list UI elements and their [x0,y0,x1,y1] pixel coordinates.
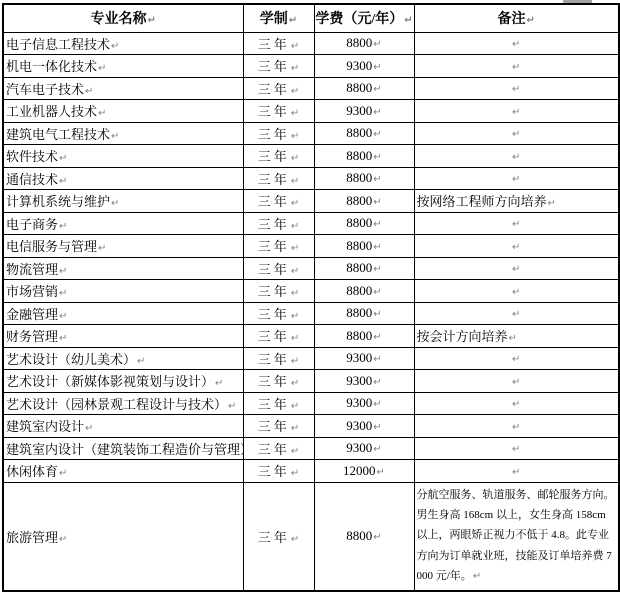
major-cell: 电信服务与管理↵ [3,235,243,258]
fee-cell: 9300↵ [314,347,414,370]
fee-value: 9300 [346,440,372,455]
table-row: 艺术设计（幼儿美术）↵三年↵9300↵↵ [3,347,619,370]
paragraph-mark-icon: ↵ [291,131,299,142]
note-cell: ↵ [414,55,619,78]
major-name: 财务管理 [6,329,58,344]
fee-cell: 9300↵ [314,370,414,393]
table-row: 电信服务与管理↵三年↵8800↵↵ [3,235,619,258]
paragraph-mark-icon: ↵ [228,401,236,412]
note-cell: ↵ [414,347,619,370]
table-row: 电子商务↵三年↵8800↵↵ [3,212,619,235]
major-name: 软件技术 [6,149,58,164]
paragraph-mark-icon: ↵ [512,377,520,388]
fee-value: 8800 [346,215,372,230]
duration-value: 三年 [258,464,290,479]
header-fee: 学费（元/年）↵ [314,4,414,32]
paragraph-mark-icon: ↵ [512,399,520,410]
paragraph-mark-icon: ↵ [377,467,385,478]
header-duration: 学制↵ [243,4,314,32]
major-cell: 软件技术↵ [3,145,243,168]
paragraph-mark-icon: ↵ [215,378,223,389]
paragraph-mark-icon: ↵ [291,468,299,479]
paragraph-mark-icon: ↵ [59,534,67,545]
fee-value: 8800 [346,328,372,343]
duration-cell: 三年↵ [243,437,314,460]
fee-cell: 8800↵ [314,280,414,303]
note-cell: ↵ [414,415,619,438]
fee-cell: 9300↵ [314,415,414,438]
table-row: 计算机系统与维护↵三年↵8800↵按网络工程师方向培养↵ [3,190,619,213]
paragraph-mark-icon: ↵ [111,131,119,142]
fee-value: 8800 [346,35,372,50]
duration-cell: 三年↵ [243,302,314,325]
major-name: 金融管理 [6,307,58,322]
major-cell: 建筑室内设计↵ [3,415,243,438]
paragraph-mark-icon: ↵ [512,354,520,365]
fee-value: 8800 [346,528,372,543]
paragraph-mark-icon: ↵ [111,198,119,209]
duration-value: 三年 [258,352,290,367]
major-cell: 市场营销↵ [3,280,243,303]
table-body: 电子信息工程技术↵三年↵8800↵↵机电一体化技术↵三年↵9300↵↵汽车电子技… [3,32,619,591]
fee-cell: 9300↵ [314,100,414,123]
fee-cell: 9300↵ [314,392,414,415]
paragraph-mark-icon: ↵ [512,174,520,185]
paragraph-mark-icon: ↵ [373,399,381,410]
header-duration-label: 学制 [260,12,288,27]
fee-cell: 8800↵ [314,325,414,348]
paragraph-mark-icon: ↵ [512,309,520,320]
major-name: 通信技术 [6,172,58,187]
paragraph-mark-icon: ↵ [291,243,299,254]
fee-value: 8800 [346,80,372,95]
major-name: 工业机器人技术 [6,104,97,119]
duration-value: 三年 [258,37,290,52]
table-row: 通信技术↵三年↵8800↵↵ [3,167,619,190]
major-name: 艺术设计（幼儿美术） [6,352,136,367]
duration-cell: 三年↵ [243,415,314,438]
paragraph-mark-icon: ↵ [512,219,520,230]
paragraph-mark-icon: ↵ [512,287,520,298]
fee-cell: 8800↵ [314,167,414,190]
fee-value: 8800 [346,238,372,253]
fee-value: 8800 [346,148,372,163]
note-cell: ↵ [414,437,619,460]
paragraph-mark-icon: ↵ [373,62,381,73]
duration-value: 三年 [258,82,290,97]
paragraph-mark-icon: ↵ [291,266,299,277]
major-name: 计算机系统与维护 [6,194,110,209]
note-cell: 按网络工程师方向培养↵ [414,190,619,213]
note-cell: ↵ [414,460,619,483]
note-cell: ↵ [414,302,619,325]
paragraph-mark-icon: ↵ [289,15,297,26]
paragraph-mark-icon: ↵ [291,423,299,434]
paragraph-mark-icon: ↵ [512,129,520,140]
duration-cell: 三年↵ [243,77,314,100]
fee-value: 8800 [346,170,372,185]
major-name: 艺术设计（园林景观工程设计与技术） [6,397,227,412]
table-row: 汽车电子技术↵三年↵8800↵↵ [3,77,619,100]
paragraph-mark-icon: ↵ [98,63,106,74]
fee-cell: 9300↵ [314,55,414,78]
note-cell: ↵ [414,122,619,145]
paragraph-mark-icon: ↵ [373,444,381,455]
duration-cell: 三年↵ [243,370,314,393]
paragraph-mark-icon: ↵ [291,108,299,119]
paragraph-mark-icon: ↵ [512,152,520,163]
major-cell: 电子信息工程技术↵ [3,32,243,55]
paragraph-mark-icon: ↵ [59,311,67,322]
paragraph-mark-icon: ↵ [98,108,106,119]
paragraph-mark-icon: ↵ [512,39,520,50]
fee-value: 9300 [346,350,372,365]
note-text: 按网络工程师方向培养 [417,194,547,209]
paragraph-mark-icon: ↵ [548,198,556,209]
duration-cell: 三年↵ [243,100,314,123]
paragraph-mark-icon: ↵ [373,377,381,388]
duration-cell: 三年↵ [243,235,314,258]
header-note: 备注↵ [414,4,619,32]
major-cell: 旅游管理↵ [3,482,243,591]
note-cell: ↵ [414,167,619,190]
paragraph-mark-icon: ↵ [512,422,520,433]
fee-cell: 8800↵ [314,32,414,55]
major-cell: 金融管理↵ [3,302,243,325]
paragraph-mark-icon: ↵ [59,468,67,479]
fee-cell: 8800↵ [314,212,414,235]
duration-value: 三年 [258,59,290,74]
note-cell: ↵ [414,77,619,100]
major-name: 旅游管理 [6,530,58,545]
fee-cell: 8800↵ [314,302,414,325]
table-row: 市场营销↵三年↵8800↵↵ [3,280,619,303]
paragraph-mark-icon: ↵ [512,62,520,73]
duration-cell: 三年↵ [243,460,314,483]
paragraph-mark-icon: ↵ [291,198,299,209]
header-fee-label: 学费（元/年） [315,12,403,27]
duration-value: 三年 [258,397,290,412]
header-major-label: 专业名称 [91,12,147,27]
paragraph-mark-icon: ↵ [291,153,299,164]
major-name: 物流管理 [6,262,58,277]
duration-value: 三年 [258,307,290,322]
duration-cell: 三年↵ [243,482,314,591]
duration-value: 三年 [258,194,290,209]
fee-cell: 9300↵ [314,437,414,460]
duration-value: 三年 [258,239,290,254]
duration-cell: 三年↵ [243,32,314,55]
duration-cell: 三年↵ [243,167,314,190]
duration-value: 三年 [258,104,290,119]
paragraph-mark-icon: ↵ [291,356,299,367]
duration-cell: 三年↵ [243,122,314,145]
paragraph-mark-icon: ↵ [137,356,145,367]
fee-value: 8800 [346,193,372,208]
paragraph-mark-icon: ↵ [291,333,299,344]
note-cell: 分航空服务、轨道服务、邮轮服务方向。男生身高 168cm 以上，女生身高 158… [414,482,619,591]
paragraph-mark-icon: ↵ [59,221,67,232]
paragraph-mark-icon: ↵ [59,153,67,164]
paragraph-mark-icon: ↵ [291,63,299,74]
major-cell: 财务管理↵ [3,325,243,348]
paragraph-mark-icon: ↵ [373,287,381,298]
paragraph-mark-icon: ↵ [291,401,299,412]
major-name: 电信服务与管理 [6,239,97,254]
paragraph-mark-icon: ↵ [373,532,381,543]
major-cell: 计算机系统与维护↵ [3,190,243,213]
fee-value: 9300 [346,58,372,73]
fee-value: 9300 [346,418,372,433]
note-cell: ↵ [414,392,619,415]
paragraph-mark-icon: ↵ [373,84,381,95]
note-text: 按会计方向培养 [417,329,508,344]
duration-cell: 三年↵ [243,280,314,303]
header-note-label: 备注 [498,12,526,27]
note-cell: ↵ [414,212,619,235]
table-row: 旅游管理↵三年↵8800↵分航空服务、轨道服务、邮轮服务方向。男生身高 168c… [3,482,619,591]
paragraph-mark-icon: ↵ [291,378,299,389]
fee-value: 8800 [346,305,372,320]
paragraph-mark-icon: ↵ [59,266,67,277]
note-cell: ↵ [414,370,619,393]
note-cell: 按会计方向培养↵ [414,325,619,348]
duration-value: 三年 [258,419,290,434]
duration-cell: 三年↵ [243,325,314,348]
paragraph-mark-icon: ↵ [373,129,381,140]
paragraph-mark-icon: ↵ [373,219,381,230]
header-major: 专业名称↵ [3,4,243,32]
fee-value: 12000 [343,463,376,478]
table-row: 建筑室内设计↵三年↵9300↵↵ [3,415,619,438]
paragraph-mark-icon: ↵ [111,41,119,52]
major-cell: 艺术设计（幼儿美术）↵ [3,347,243,370]
major-cell: 艺术设计（新媒体影视策划与设计）↵ [3,370,243,393]
table-row: 艺术设计（新媒体影视策划与设计）↵三年↵9300↵↵ [3,370,619,393]
fee-cell: 8800↵ [314,482,414,591]
duration-value: 三年 [258,329,290,344]
duration-value: 三年 [258,284,290,299]
paragraph-mark-icon: ↵ [512,264,520,275]
paragraph-mark-icon: ↵ [373,422,381,433]
paragraph-mark-icon: ↵ [59,176,67,187]
major-cell: 建筑室内设计（建筑装饰工程造价与管理）↵ [3,437,243,460]
paragraph-mark-icon: ↵ [373,264,381,275]
paragraph-mark-icon: ↵ [512,242,520,253]
major-name: 建筑室内设计（建筑装饰工程造价与管理） [6,442,243,457]
major-cell: 建筑电气工程技术↵ [3,122,243,145]
fee-cell: 8800↵ [314,190,414,213]
fee-value: 9300 [346,103,372,118]
major-name: 市场营销 [6,284,58,299]
duration-value: 三年 [258,217,290,232]
note-cell: ↵ [414,235,619,258]
duration-cell: 三年↵ [243,190,314,213]
paragraph-mark-icon: ↵ [373,354,381,365]
paragraph-mark-icon: ↵ [98,243,106,254]
duration-value: 三年 [258,442,290,457]
duration-value: 三年 [258,149,290,164]
paragraph-mark-icon: ↵ [291,311,299,322]
table-row: 机电一体化技术↵三年↵9300↵↵ [3,55,619,78]
paragraph-mark-icon: ↵ [512,467,520,478]
paragraph-mark-icon: ↵ [404,15,412,26]
duration-value: 三年 [258,262,290,277]
paragraph-mark-icon: ↵ [373,39,381,50]
paragraph-mark-icon: ↵ [148,15,156,26]
major-name: 艺术设计（新媒体影视策划与设计） [6,374,214,389]
paragraph-mark-icon: ↵ [373,309,381,320]
duration-value: 三年 [258,530,290,545]
table-row: 工业机器人技术↵三年↵9300↵↵ [3,100,619,123]
table-row: 财务管理↵三年↵8800↵按会计方向培养↵ [3,325,619,348]
tuition-fee-table: 专业名称↵ 学制↵ 学费（元/年）↵ 备注↵ 电子信息工程技术↵三年↵8800↵… [2,3,620,592]
paragraph-mark-icon: ↵ [291,534,299,545]
duration-value: 三年 [258,127,290,142]
major-cell: 汽车电子技术↵ [3,77,243,100]
major-name: 汽车电子技术 [6,82,84,97]
duration-cell: 三年↵ [243,212,314,235]
table-row: 休闲体育↵三年↵12000↵↵ [3,460,619,483]
note-cell: ↵ [414,32,619,55]
paragraph-mark-icon: ↵ [509,333,517,344]
major-cell: 机电一体化技术↵ [3,55,243,78]
header-row: 专业名称↵ 学制↵ 学费（元/年）↵ 备注↵ [3,4,619,32]
major-cell: 艺术设计（园林景观工程设计与技术）↵ [3,392,243,415]
paragraph-mark-icon: ↵ [59,288,67,299]
major-cell: 工业机器人技术↵ [3,100,243,123]
table-row: 物流管理↵三年↵8800↵↵ [3,257,619,280]
note-cell: ↵ [414,257,619,280]
paragraph-mark-icon: ↵ [373,197,381,208]
paragraph-mark-icon: ↵ [527,15,535,26]
table-row: 建筑室内设计（建筑装饰工程造价与管理）↵三年↵9300↵↵ [3,437,619,460]
fee-cell: 8800↵ [314,235,414,258]
fee-cell: 12000↵ [314,460,414,483]
fee-value: 8800 [346,283,372,298]
paragraph-mark-icon: ↵ [291,176,299,187]
paragraph-mark-icon: ↵ [291,288,299,299]
duration-cell: 三年↵ [243,347,314,370]
table-row: 电子信息工程技术↵三年↵8800↵↵ [3,32,619,55]
duration-value: 三年 [258,172,290,187]
fee-cell: 8800↵ [314,257,414,280]
major-cell: 休闲体育↵ [3,460,243,483]
paragraph-mark-icon: ↵ [373,107,381,118]
note-text: 分航空服务、轨道服务、邮轮服务方向。男生身高 168cm 以上，女生身高 158… [417,489,615,583]
fee-value: 9300 [346,373,372,388]
paragraph-mark-icon: ↵ [512,84,520,95]
duration-value: 三年 [258,374,290,389]
paragraph-mark-icon: ↵ [59,333,67,344]
fee-value: 8800 [346,125,372,140]
major-name: 电子商务 [6,217,58,232]
paragraph-mark-icon: ↵ [85,86,93,97]
note-cell: ↵ [414,280,619,303]
major-name: 休闲体育 [6,464,58,479]
paragraph-mark-icon: ↵ [373,152,381,163]
major-name: 建筑电气工程技术 [6,127,110,142]
note-cell: ↵ [414,145,619,168]
major-cell: 物流管理↵ [3,257,243,280]
fee-cell: 8800↵ [314,145,414,168]
table-row: 艺术设计（园林景观工程设计与技术）↵三年↵9300↵↵ [3,392,619,415]
duration-cell: 三年↵ [243,392,314,415]
paragraph-mark-icon: ↵ [512,444,520,455]
paragraph-mark-icon: ↵ [473,571,481,582]
paragraph-mark-icon: ↵ [291,221,299,232]
duration-cell: 三年↵ [243,145,314,168]
fee-cell: 8800↵ [314,122,414,145]
paragraph-mark-icon: ↵ [373,332,381,343]
major-name: 电子信息工程技术 [6,37,110,52]
paragraph-mark-icon: ↵ [373,174,381,185]
paragraph-mark-icon: ↵ [512,107,520,118]
fee-cell: 8800↵ [314,77,414,100]
major-name: 建筑室内设计 [6,419,84,434]
fee-value: 8800 [346,260,372,275]
note-cell: ↵ [414,100,619,123]
paragraph-mark-icon: ↵ [291,446,299,457]
paragraph-mark-icon: ↵ [373,242,381,253]
duration-cell: 三年↵ [243,55,314,78]
paragraph-mark-icon: ↵ [291,86,299,97]
major-name: 机电一体化技术 [6,59,97,74]
major-cell: 通信技术↵ [3,167,243,190]
paragraph-mark-icon: ↵ [85,423,93,434]
fee-value: 9300 [346,395,372,410]
duration-cell: 三年↵ [243,257,314,280]
table-row: 软件技术↵三年↵8800↵↵ [3,145,619,168]
table-row: 建筑电气工程技术↵三年↵8800↵↵ [3,122,619,145]
paragraph-mark-icon: ↵ [291,41,299,52]
major-cell: 电子商务↵ [3,212,243,235]
table-row: 金融管理↵三年↵8800↵↵ [3,302,619,325]
